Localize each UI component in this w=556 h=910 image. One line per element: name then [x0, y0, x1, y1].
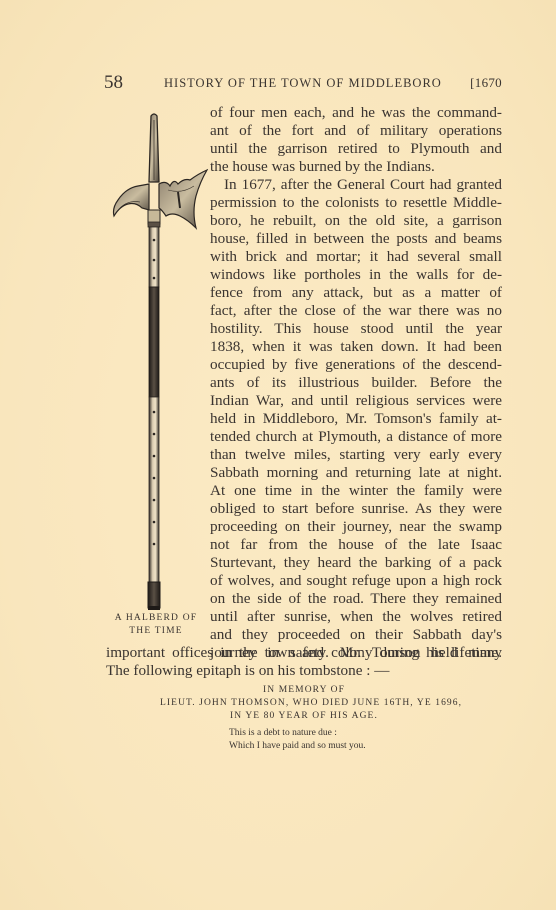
text-line: The following epitaph is on his tombston…: [106, 662, 502, 680]
text-line: held in Middleboro, Mr. Tomson's family …: [210, 410, 502, 428]
text-line: hostility. This house stood until the ye…: [210, 320, 502, 338]
running-head-year: [1670: [470, 75, 502, 91]
text-line: permission to the colonists to resettle …: [210, 194, 502, 212]
text-line: obliged to start before sunrise. As they…: [210, 500, 502, 518]
text-line: of four men each, and he was the command…: [210, 104, 502, 122]
text-line: ant of the fort and of military operatio…: [210, 122, 502, 140]
epitaph-name-line: LIEUT. JOHN THOMSON, WHO DIED JUNE 16TH,…: [150, 697, 490, 710]
illustration-caption: A HALBERD OF THE TIME: [100, 612, 212, 638]
text-line: Sturtevant, they heard the barking of a …: [210, 554, 502, 572]
text-line: on the side of the road. There they rema…: [210, 590, 502, 608]
epitaph-heading: IN MEMORY OF: [150, 684, 490, 697]
epitaph-age-line: IN YE 80 YEAR OF HIS AGE.: [150, 710, 490, 723]
text-line: house, filled in between the posts and b…: [210, 230, 502, 248]
text-line: not far from the house of the late Isaac: [210, 536, 502, 554]
epitaph-verse-line: Which I have paid and so must you.: [150, 740, 490, 753]
body-text-column: of four men each, and he was the command…: [210, 104, 502, 662]
running-head: 58 HISTORY OF THE TOWN OF MIDDLEBORO [16…: [104, 76, 502, 98]
text-line: and they proceeded on their Sabbath day'…: [210, 626, 502, 644]
text-line: At one time in the winter the family wer…: [210, 482, 502, 500]
text-line: ants of its illustrious builder. Before …: [210, 374, 502, 392]
text-line: fence from any attack, but as a matter o…: [210, 284, 502, 302]
text-line: until the garrison retired to Plymouth a…: [210, 140, 502, 158]
epitaph-block: IN MEMORY OF LIEUT. JOHN THOMSON, WHO DI…: [150, 684, 490, 753]
epitaph-verse-line: This is a debt to nature due :: [150, 727, 490, 740]
text-line: with brick and mortar; it had several sm…: [210, 248, 502, 266]
book-title: HISTORY OF THE TOWN OF MIDDLEBORO: [164, 76, 442, 91]
text-line: of wolves, and sought refuge upon a high…: [210, 572, 502, 590]
text-line: proceeding on their journey, near the sw…: [210, 518, 502, 536]
text-line: windows like portholes in the walls for …: [210, 266, 502, 284]
caption-line-1: A HALBERD OF: [100, 612, 212, 625]
text-line: the house was burned by the Indians.: [210, 158, 502, 176]
text-line: fact, after the close of the war there w…: [210, 302, 502, 320]
caption-line-2: THE TIME: [100, 625, 212, 638]
text-line: Indian War, and until religious services…: [210, 392, 502, 410]
book-page: 58 HISTORY OF THE TOWN OF MIDDLEBORO [16…: [0, 0, 556, 910]
text-line: 1838, when it was taken down. It had bee…: [210, 338, 502, 356]
text-line: Sabbath morning and returning late at ni…: [210, 464, 502, 482]
text-line: occupied by five generations of the desc…: [210, 356, 502, 374]
page-number: 58: [104, 72, 123, 94]
text-line: boro, he rebuilt, on the old site, a gar…: [210, 212, 502, 230]
text-line: until after sunrise, when the wolves ret…: [210, 608, 502, 626]
body-text-full-width: important offices in the town and colony…: [106, 644, 502, 680]
halberd-illustration-icon: [108, 112, 208, 612]
text-line: In 1677, after the General Court had gra…: [210, 176, 502, 194]
text-line: than twelve miles, starting very early e…: [210, 446, 502, 464]
text-line: important offices in the town and colony…: [106, 644, 502, 662]
text-line: tended church at Plymouth, a distance of…: [210, 428, 502, 446]
